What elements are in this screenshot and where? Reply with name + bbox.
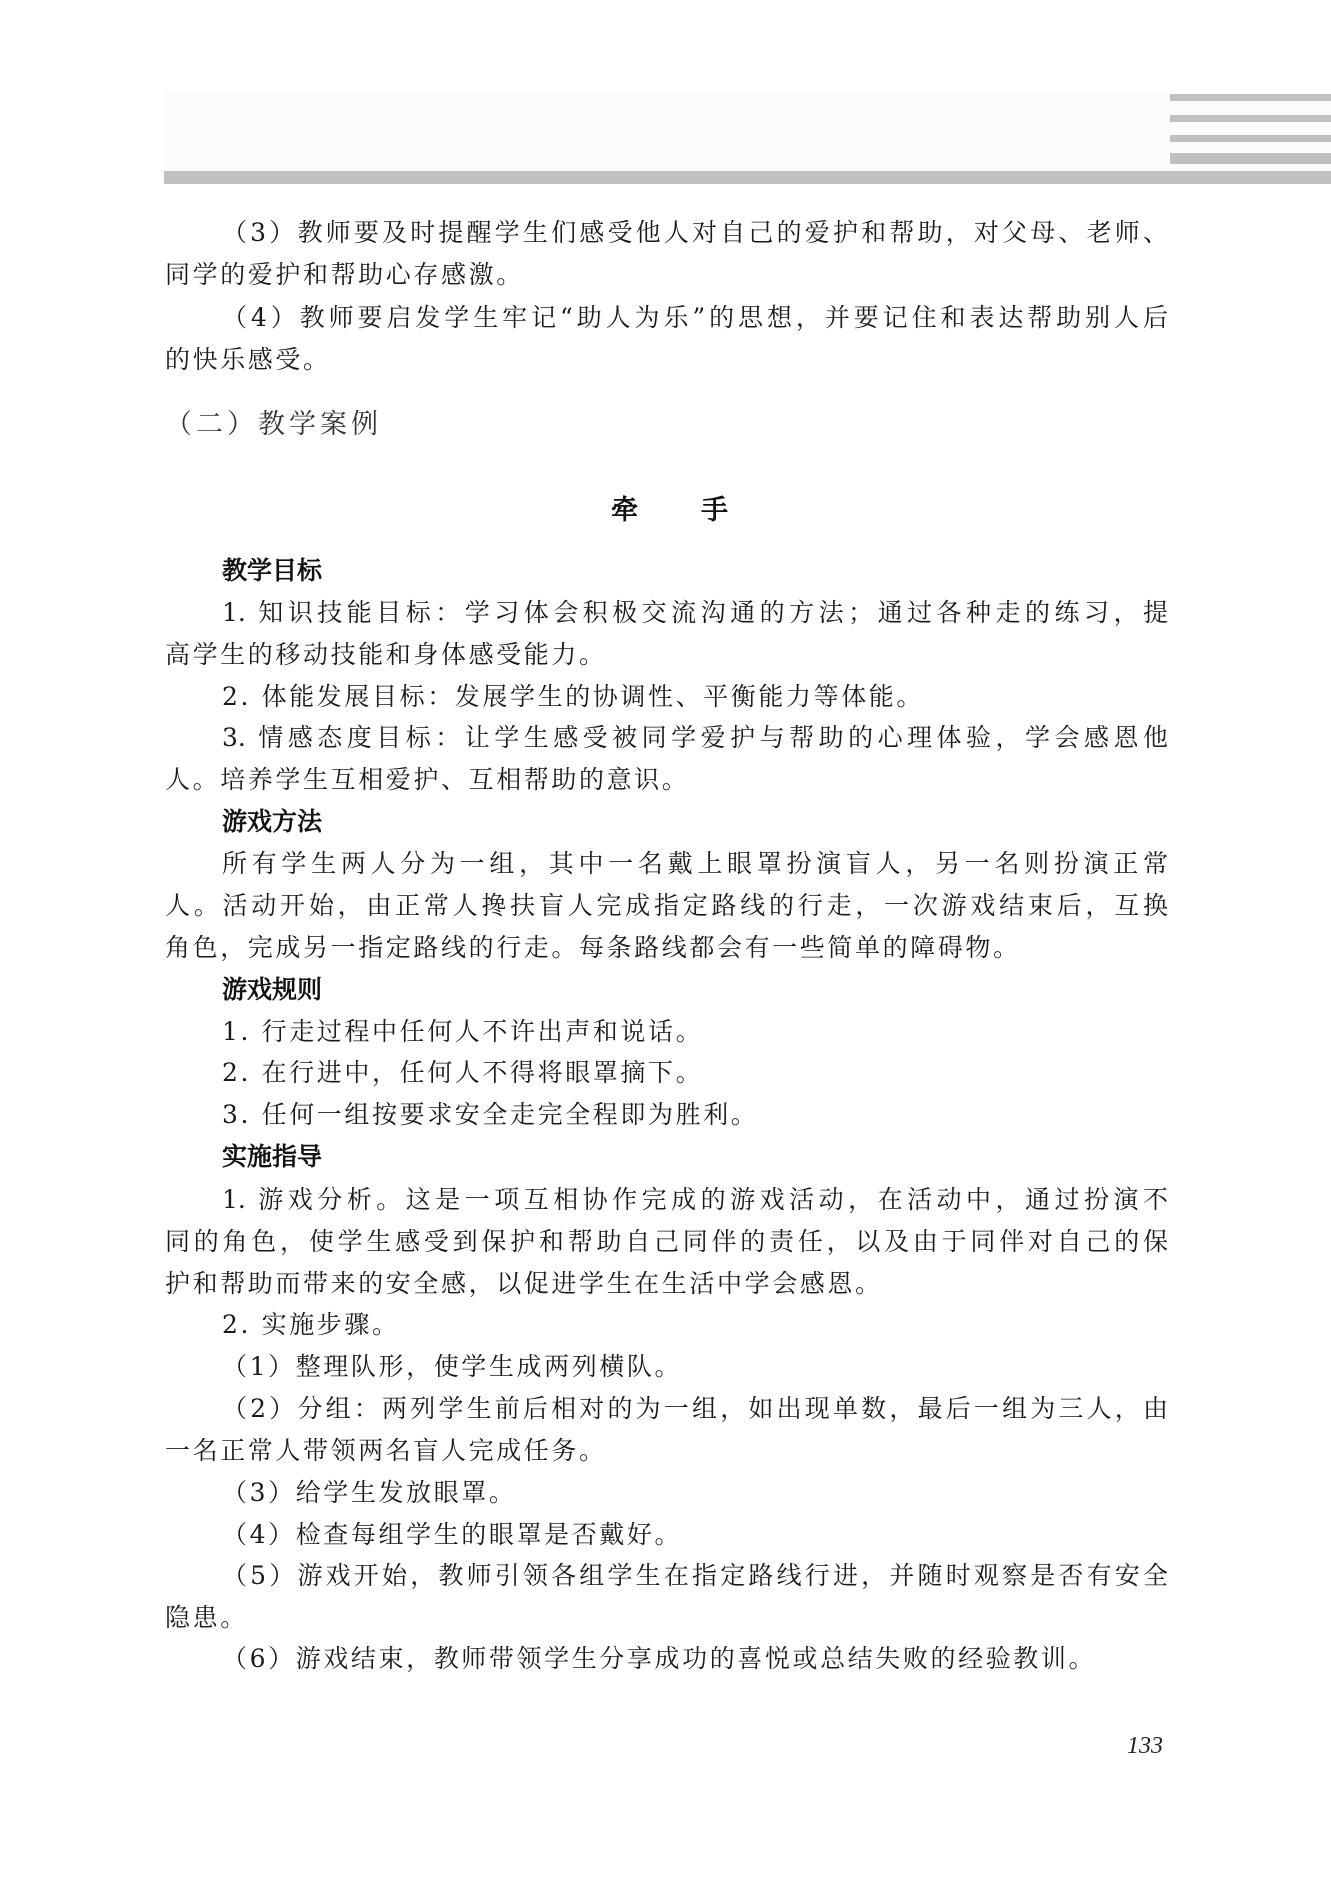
step-item: （4）检查每组学生的眼罩是否戴好。	[165, 1515, 1168, 1555]
subheading-method: 游戏方法	[222, 802, 322, 842]
case-title-char: 牵	[611, 491, 638, 531]
rule-item: 1. 行走过程中任何人不许出声和说话。	[165, 1012, 1168, 1052]
header-band	[164, 171, 1331, 184]
subheading-goals: 教学目标	[222, 551, 322, 591]
step-item: （6）游戏结束，教师带领学生分享成功的喜悦或总结失败的经验教训。	[165, 1639, 1168, 1679]
rule-item: 2. 在行进中，任何人不得将眼罩摘下。	[165, 1053, 1168, 1093]
paragraph-line: 2. 实施步骤。	[165, 1305, 1168, 1345]
step-item: 一名正常人带领两名盲人完成任务。	[165, 1431, 1168, 1471]
header-background	[164, 93, 1331, 171]
step-item: 隐患。	[165, 1598, 1168, 1638]
step-item: （5）游戏开始，教师引领各组学生在指定路线行进，并随时观察是否有安全	[165, 1556, 1168, 1596]
paragraph-line: 3. 情感态度目标：让学生感受被同学爱护与帮助的心理体验，学会感恩他	[165, 718, 1168, 758]
paragraph-line: 的快乐感受。	[165, 340, 1168, 380]
paragraph-line: （4）教师要启发学生牢记“助人为乐”的思想，并要记住和表达帮助别人后	[165, 298, 1168, 338]
paragraph-line: 角色，完成另一指定路线的行走。每条路线都会有一些简单的障碍物。	[165, 928, 1168, 968]
step-item: （1）整理队形，使学生成两列横队。	[165, 1347, 1168, 1387]
header-stripe	[1170, 94, 1331, 101]
header-stripe	[1170, 135, 1331, 142]
step-item: （2）分组：两列学生前后相对的为一组，如出现单数，最后一组为三人，由	[165, 1389, 1168, 1429]
subheading-guidance: 实施指导	[222, 1137, 322, 1177]
page-number: 133	[1127, 1733, 1163, 1760]
case-title-char: 手	[701, 491, 728, 531]
paragraph-line: 同学的爱护和帮助心存感激。	[165, 255, 1168, 295]
section-title: （二）教学案例	[165, 405, 382, 445]
step-item: （3）给学生发放眼罩。	[165, 1473, 1168, 1513]
paragraph-line: 高学生的移动技能和身体感受能力。	[165, 635, 1168, 675]
subheading-rules: 游戏规则	[222, 970, 322, 1010]
header-stripe	[1170, 153, 1331, 164]
paragraph-line: 所有学生两人分为一组，其中一名戴上眼罩扮演盲人，另一名则扮演正常	[165, 844, 1168, 884]
paragraph-line: 护和帮助而带来的安全感，以促进学生在生活中学会感恩。	[165, 1264, 1168, 1304]
header-stripe	[1170, 115, 1331, 122]
paragraph-line: 同的角色，使学生感受到保护和帮助自己同伴的责任，以及由于同伴对自己的保	[165, 1222, 1168, 1262]
paragraph-line: （3）教师要及时提醒学生们感受他人对自己的爱护和帮助，对父母、老师、	[165, 213, 1168, 253]
paragraph-line: 1. 知识技能目标：学习体会积极交流沟通的方法；通过各种走的练习，提	[165, 593, 1168, 633]
paragraph-line: 2. 体能发展目标：发展学生的协调性、平衡能力等体能。	[165, 677, 1168, 717]
paragraph-line: 人。活动开始，由正常人搀扶盲人完成指定路线的行走，一次游戏结束后，互换	[165, 886, 1168, 926]
rule-item: 3. 任何一组按要求安全走完全程即为胜利。	[165, 1095, 1168, 1135]
paragraph-line: 人。培养学生互相爱护、互相帮助的意识。	[165, 760, 1168, 800]
paragraph-line: 1. 游戏分析。这是一项互相协作完成的游戏活动，在活动中，通过扮演不	[165, 1180, 1168, 1220]
